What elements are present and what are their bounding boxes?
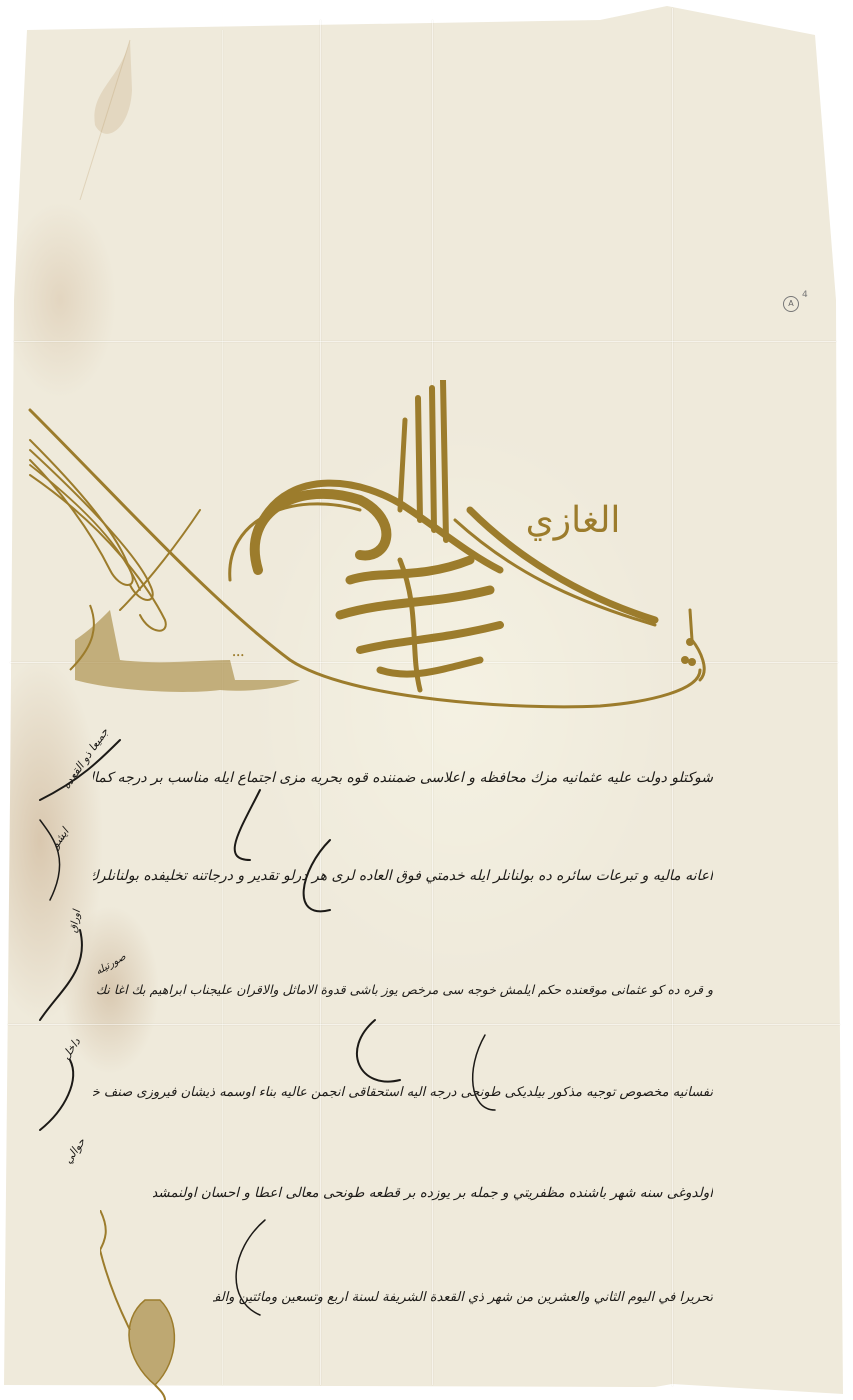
gilt-seal-ornament-icon bbox=[100, 1210, 210, 1400]
tughra-epithet-gazi: الغازي bbox=[518, 486, 628, 556]
tughra-monogram-icon: ••• bbox=[0, 380, 853, 720]
watermark-leaf-icon bbox=[60, 30, 160, 200]
fold-crease-horizontal-1 bbox=[14, 341, 836, 342]
svg-text:•••: ••• bbox=[232, 652, 244, 660]
archive-number-mark: 4 bbox=[802, 290, 808, 300]
archive-circle-mark: A bbox=[783, 296, 799, 312]
